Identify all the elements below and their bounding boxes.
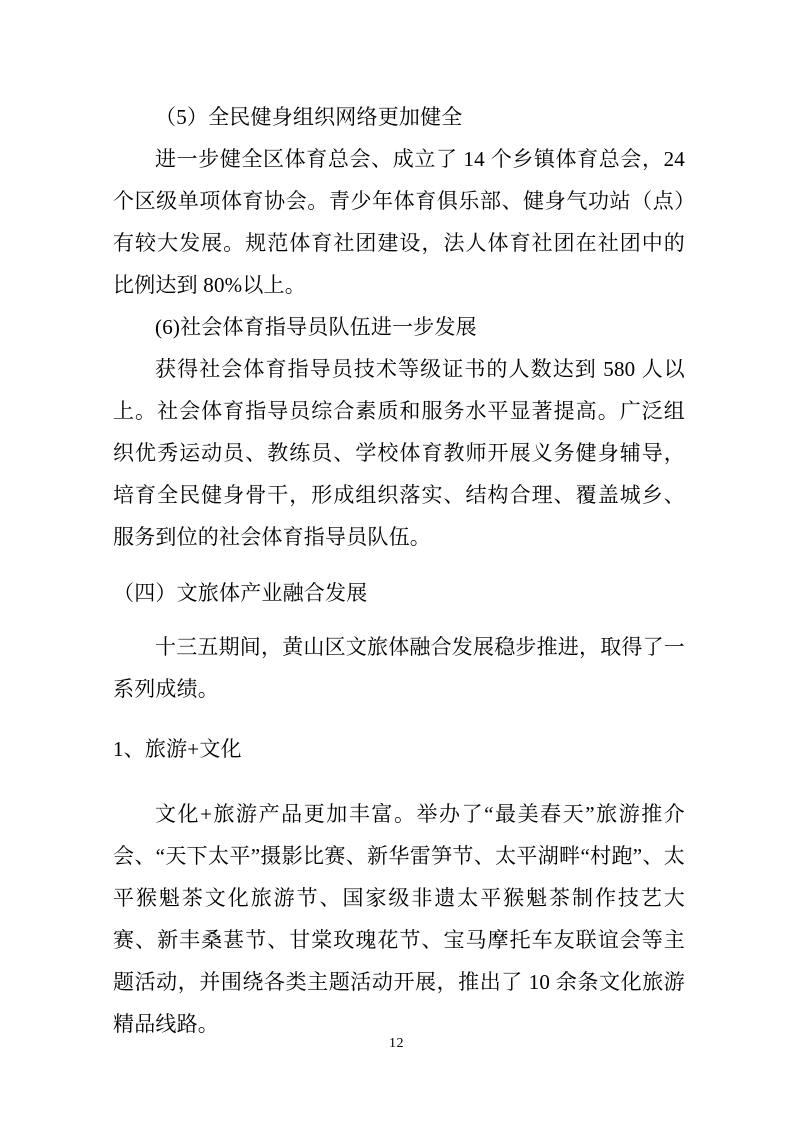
subsection-heading-tourism-culture: 1、旅游+文化 xyxy=(113,728,685,770)
document-page: （5）全民健身组织网络更加健全 进一步健全区体育总会、成立了 14 个乡镇体育总… xyxy=(0,0,793,1122)
section-heading-culture-tourism-sports: （四）文旅体产业融合发展 xyxy=(113,572,685,614)
paragraph-sports-instructors: 获得社会体育指导员技术等级证书的人数达到 580 人以上。社会体育指导员综合素质… xyxy=(113,348,685,558)
paragraph-tourism-culture-products: 文化+旅游产品更加丰富。举办了“最美春天”旅游推介会、“天下太平”摄影比赛、新华… xyxy=(113,793,685,1045)
page-number: 12 xyxy=(389,1036,404,1051)
page-content: （5）全民健身组织网络更加健全 进一步健全区体育总会、成立了 14 个乡镇体育总… xyxy=(113,96,685,1045)
page-footer: 12 xyxy=(0,1034,793,1054)
numbered-subheading-6: (6)社会体育指导员队伍进一步发展 xyxy=(113,306,685,348)
numbered-subheading-5: （5）全民健身组织网络更加健全 xyxy=(113,96,685,138)
paragraph-sports-associations: 进一步健全区体育总会、成立了 14 个乡镇体育总会，24 个区级单项体育协会。青… xyxy=(113,138,685,306)
paragraph-thirteenth-five-year: 十三五期间，黄山区文旅体融合发展稳步推进，取得了一系列成绩。 xyxy=(113,626,685,710)
